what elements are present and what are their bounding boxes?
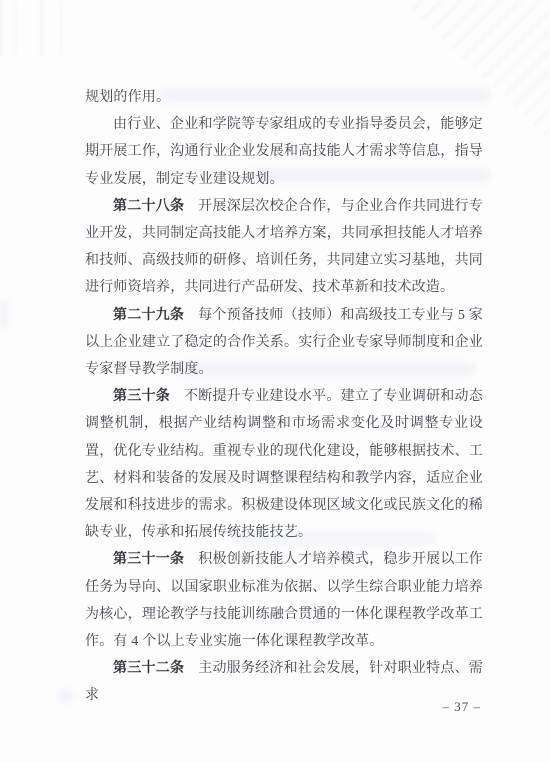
article-heading: 第三十二条 bbox=[113, 661, 184, 676]
article-heading: 第三十一条 bbox=[113, 552, 184, 567]
paragraph-article-30: 第三十条不断提升专业建设水平。建立了专业调研和动态调整机制，根据产业结构调整和市… bbox=[85, 383, 483, 546]
article-heading: 第二十八条 bbox=[113, 199, 184, 214]
paragraph: 由行业、企业和学院等专家组成的专业指导委员会，能够定期开展工作，沟通行业企业发展… bbox=[85, 111, 483, 193]
paragraph-text: 规划的作用。 bbox=[85, 90, 170, 105]
document-text-block: 规划的作用。 由行业、企业和学院等专家组成的专业指导委员会，能够定期开展工作，沟… bbox=[85, 0, 483, 710]
paragraph-text: 不断提升专业建设水平。建立了专业调研和动态调整机制，根据产业结构调整和市场需求变… bbox=[85, 389, 483, 540]
scan-spot bbox=[58, 688, 74, 704]
paragraph-article-28: 第二十八条开展深层次校企合作，与企业合作共同进行专业开发，共同制定高技能人才培养… bbox=[85, 193, 483, 302]
paragraph-article-32: 第三十二条主动服务经济和社会发展，针对职业特点、需求 bbox=[85, 655, 483, 709]
paragraph-article-31: 第三十一条积极创新技能人才培养模式，稳步开展以工作任务为导向、以国家职业标准为依… bbox=[85, 546, 483, 655]
article-heading: 第二十九条 bbox=[113, 308, 184, 323]
paragraph-continuation: 规划的作用。 bbox=[85, 84, 483, 111]
scanned-document-page: 规划的作用。 由行业、企业和学院等专家组成的专业指导委员会，能够定期开展工作，沟… bbox=[0, 0, 550, 763]
page-number: – 37 – bbox=[443, 699, 482, 715]
paragraph-article-29: 第二十九条每个预备技师（技师）和高级技工专业与 5 家以上企业建立了稳定的合作关… bbox=[85, 302, 483, 384]
paragraph-text: 由行业、企业和学院等专家组成的专业指导委员会，能够定期开展工作，沟通行业企业发展… bbox=[85, 117, 483, 186]
scan-edge-mark bbox=[0, 300, 8, 330]
article-heading: 第三十条 bbox=[113, 389, 170, 404]
